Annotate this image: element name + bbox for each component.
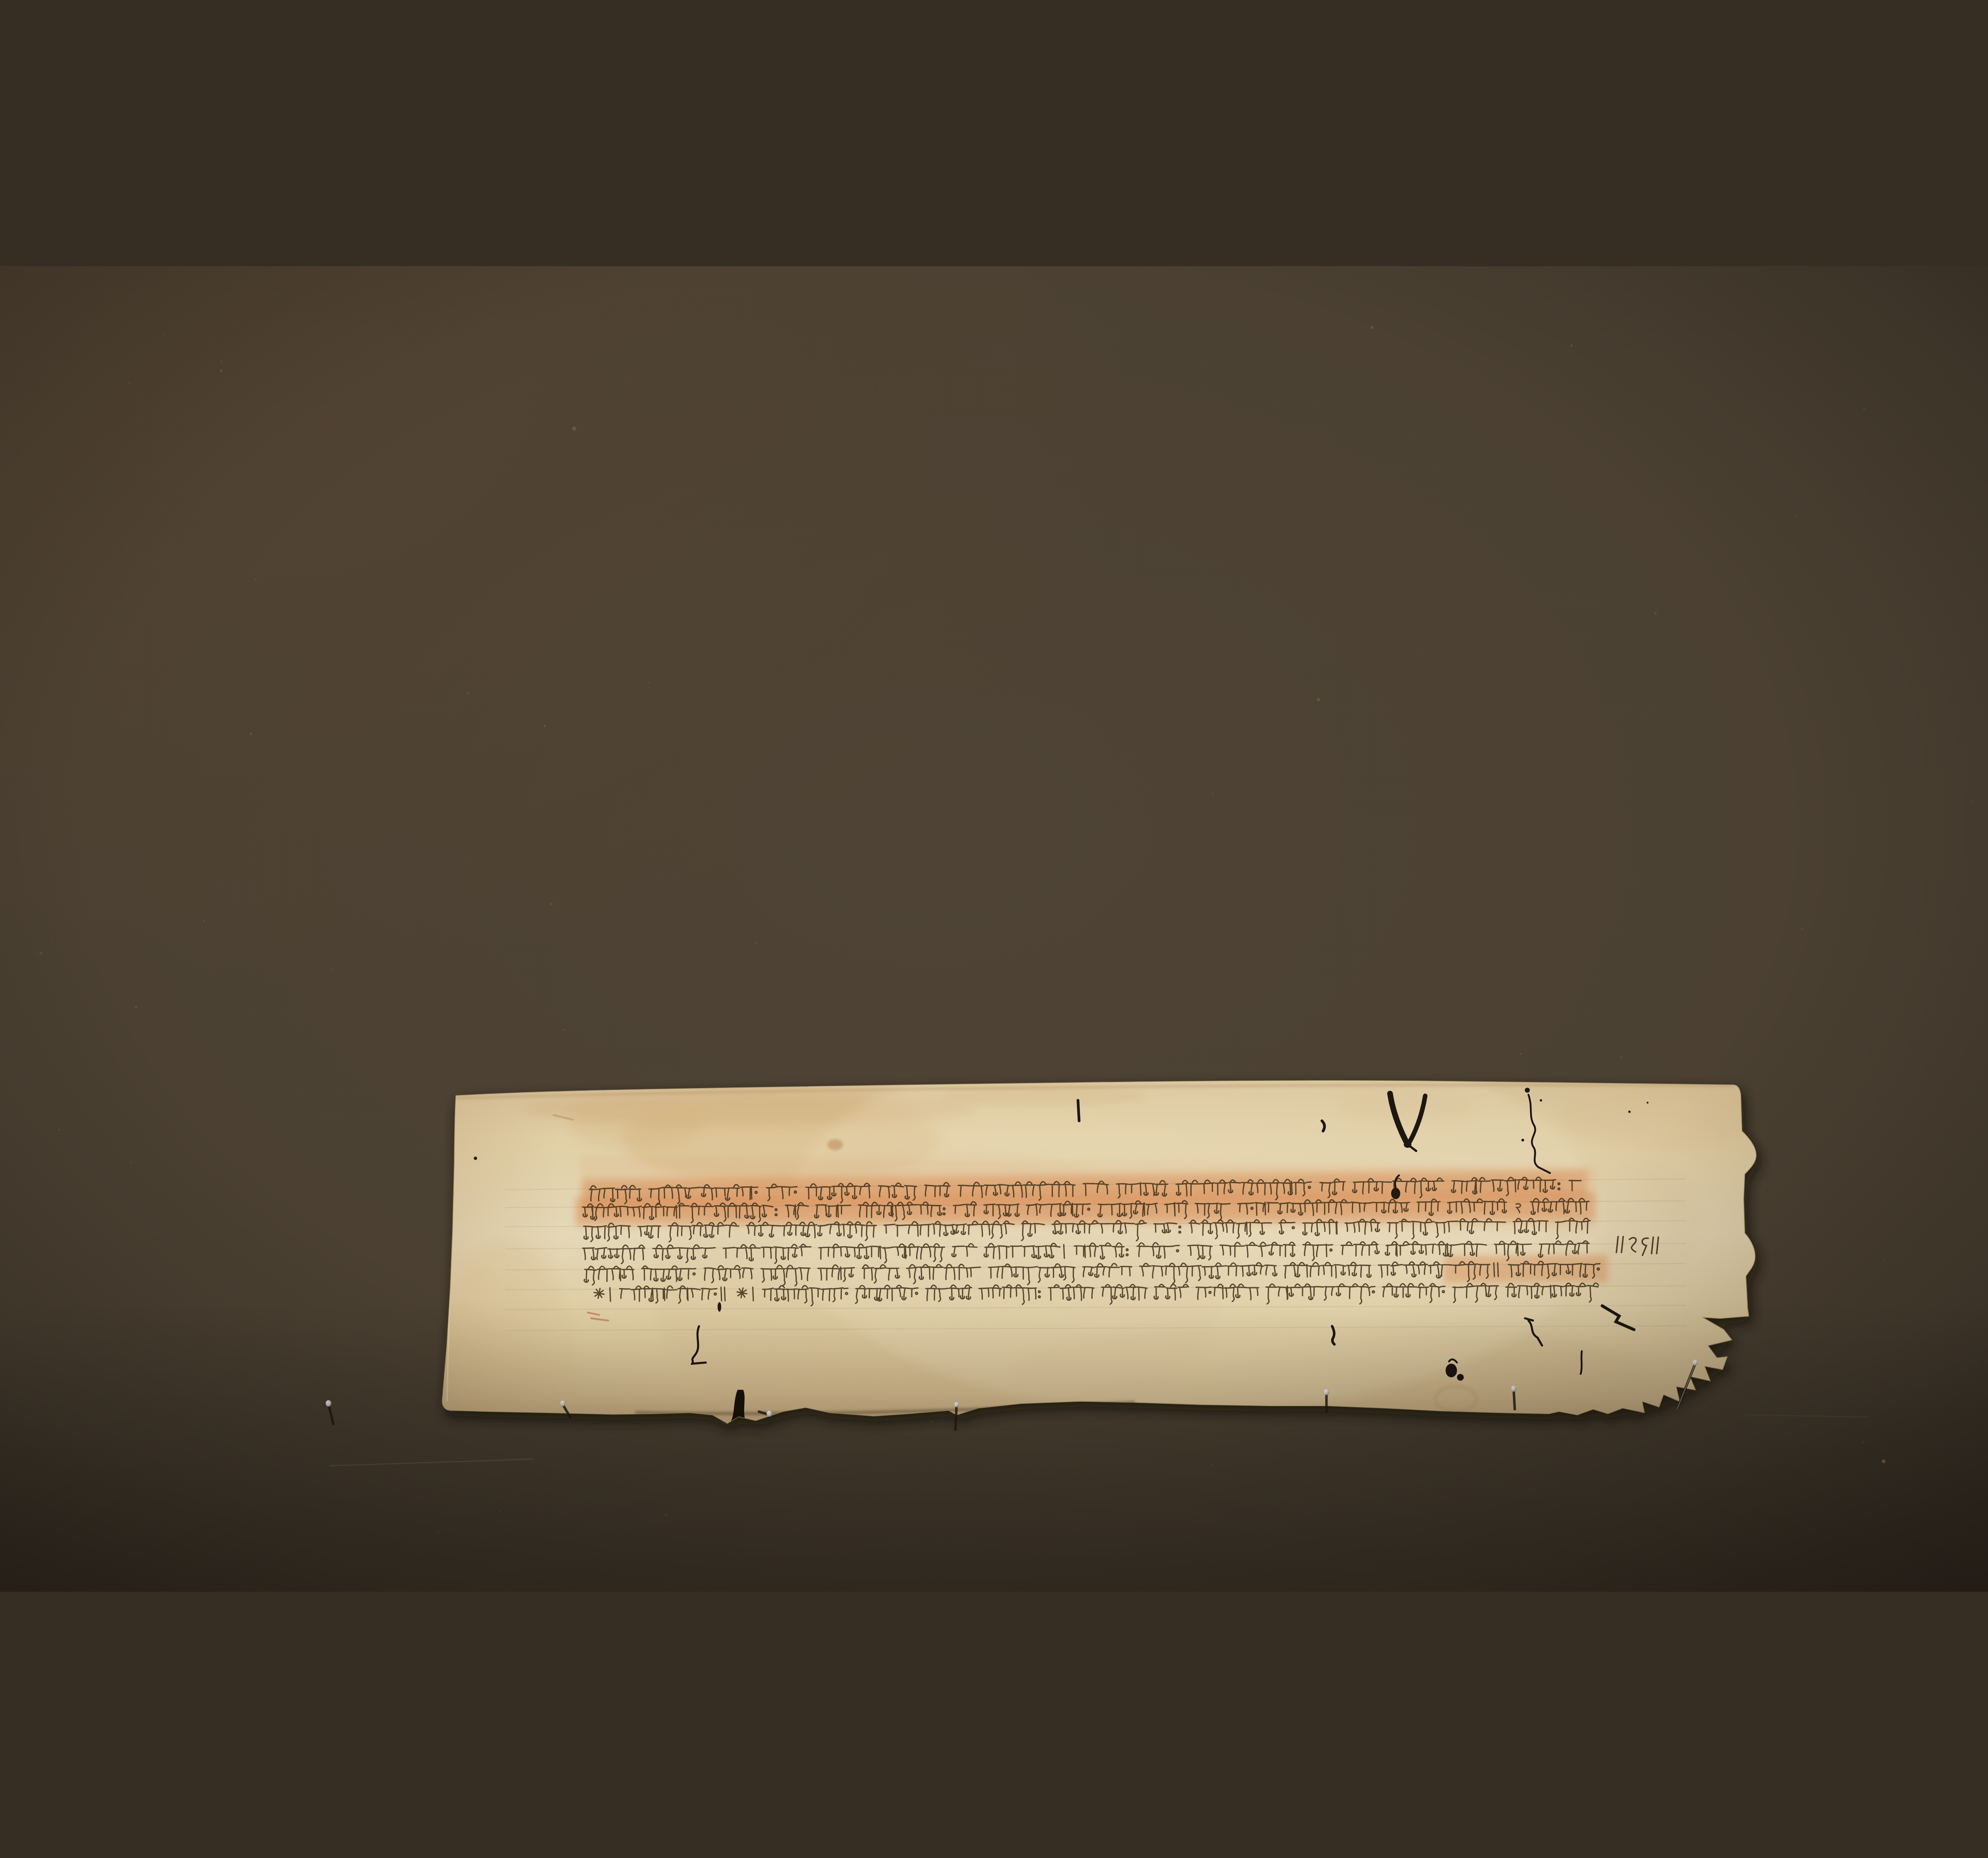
manuscript-photo	[0, 0, 1988, 1858]
photo-stage	[0, 0, 1988, 1858]
bottom-falloff	[0, 266, 1988, 1592]
